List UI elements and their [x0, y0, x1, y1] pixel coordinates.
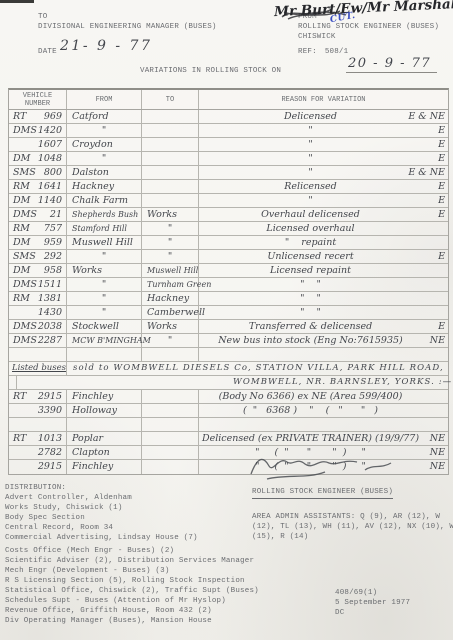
vehicle-cell: 1607 — [9, 138, 67, 151]
header-to: TO — [142, 90, 199, 109]
to-cell — [142, 138, 199, 151]
footer-ref-block: 408/69(1) 5 September 1977 DC — [335, 588, 410, 618]
reason-text: Licensed overhaul — [199, 222, 448, 235]
to-cell — [142, 110, 199, 123]
reason-cell: New bus into stock (Eng No:7615935)NE — [199, 334, 448, 347]
status-code: E — [438, 138, 445, 151]
title-date: 20 - 9 - 77 — [346, 56, 437, 73]
table-row: WOMBWELL, NR. BARNSLEY, YORKS. :— — [9, 376, 448, 390]
distribution-line: Revenue Office, Griffith House, Room 432… — [5, 606, 259, 616]
vehicle-class: DMS — [13, 208, 37, 221]
from-cell: MCW B'MINGHAM — [67, 334, 142, 347]
vehicle-number: 1013 — [38, 432, 62, 445]
from-cell: Stamford Hill — [67, 222, 142, 235]
table-row: SMS292""Unlicensed recertE — [9, 250, 448, 264]
table-row: DM958WorksMuswell HillLicensed repaint — [9, 264, 448, 278]
to-cell — [142, 194, 199, 207]
reason-text: " repaint — [199, 236, 448, 249]
vehicle-number: 1511 — [38, 278, 62, 291]
status-code: E & NE — [408, 110, 445, 123]
status-code: E — [438, 124, 445, 137]
from-cell: " — [67, 124, 142, 137]
header-vehicle-number: VEHICLE NUMBER — [9, 90, 67, 109]
reason-text: Licensed repaint — [199, 264, 448, 277]
vehicle-number: 959 — [44, 236, 62, 249]
vehicle-cell: RM1381 — [9, 292, 67, 305]
vehicle-number: 1140 — [38, 194, 62, 207]
reason-text: Delicensed (ex PRIVATE TRAINER) (19/9/77… — [199, 432, 448, 445]
table-row — [9, 418, 448, 432]
reason-cell: " " — [199, 278, 448, 291]
page-title: VARIATIONS IN ROLLING STOCK ON — [140, 66, 281, 76]
table-row: RM1641HackneyRelicensedE — [9, 180, 448, 194]
from-cell: " — [67, 278, 142, 291]
vehicle-class: RT — [13, 390, 26, 403]
status-code: E — [438, 320, 445, 333]
vehicle-cell: DM959 — [9, 236, 67, 249]
to-cell — [142, 390, 199, 403]
reason-text: ( " 6368 ) " ( " " ) — [199, 404, 448, 417]
vehicle-number: 757 — [44, 222, 62, 235]
to-cell — [142, 124, 199, 137]
table-row: DM1140Chalk Farm"E — [9, 194, 448, 208]
vehicle-number: 2915 — [38, 390, 62, 403]
ref-block: REF:508/1 — [298, 47, 348, 57]
from-cell: Works — [67, 264, 142, 277]
from-cell: " — [67, 306, 142, 319]
vehicle-cell: DMS21 — [9, 208, 67, 221]
from-cell: Hackney — [67, 180, 142, 193]
from-cell: Clapton — [67, 446, 142, 459]
table-row: RM1381"Hackney" " — [9, 292, 448, 306]
ref-label: REF: — [298, 48, 317, 56]
table-row: 1430"Camberwell" " — [9, 306, 448, 320]
reason-text: Overhaul delicensed — [199, 208, 448, 221]
vehicle-number: 2915 — [38, 460, 62, 474]
vehicle-class: DM — [13, 264, 30, 277]
vehicle-number: 2782 — [38, 446, 62, 459]
to-cell — [142, 418, 199, 431]
reason-cell: ( " 6368 ) " ( " " ) — [199, 404, 448, 417]
vehicle-number: 800 — [44, 166, 62, 179]
distribution-line: Statistical Office, Chiswick (2), Traffi… — [5, 586, 259, 596]
footer-ref-number: 408/69(1) — [335, 588, 410, 598]
reason-cell: "E — [199, 152, 448, 165]
to-cell: Muswell Hill — [142, 264, 199, 277]
reason-cell: "E & NE — [199, 166, 448, 179]
vehicle-cell: DMS1420 — [9, 124, 67, 137]
to-cell: " — [142, 250, 199, 263]
scan-artifact — [0, 0, 34, 3]
vehicle-number: 1607 — [38, 138, 62, 151]
signature-scribble-icon — [245, 450, 405, 484]
to-cell — [142, 460, 199, 474]
table-row: DMS2287MCW B'MINGHAM"New bus into stock … — [9, 334, 448, 348]
reason-text: Relicensed — [199, 180, 448, 193]
reason-cell: Overhaul delicensedE — [199, 208, 448, 221]
distribution-line: Schedules Supt - Buses (Attention of Mr … — [5, 596, 259, 606]
vehicle-cell: RT2915 — [9, 390, 67, 403]
from-cell: Finchley — [67, 460, 142, 474]
from-cell: Dalston — [67, 166, 142, 179]
vehicle-cell: RM757 — [9, 222, 67, 235]
vehicle-number: 2038 — [38, 320, 62, 333]
reason-text: " — [199, 138, 448, 151]
status-code: NE — [430, 334, 445, 347]
reason-cell: (Body No 6366) ex NE (Area 599/400) — [199, 390, 448, 403]
vehicle-cell: 2782 — [9, 446, 67, 459]
reason-cell: " repaint — [199, 236, 448, 249]
distribution-line: Div Operating Manager (Buses), Mansion H… — [5, 616, 259, 626]
variation-table: VEHICLE NUMBER FROM TO REASON FOR VARIAT… — [8, 88, 449, 475]
to-cell — [142, 166, 199, 179]
vehicle-class: DM — [13, 152, 30, 165]
reason-text: Transferred & delicensed — [199, 320, 448, 333]
reason-cell: " " — [199, 292, 448, 305]
reason-text: Unlicensed recert — [199, 250, 448, 263]
vehicle-cell: DMS2038 — [9, 320, 67, 333]
to-cell: Turnham Green — [142, 278, 199, 291]
status-code: E — [438, 152, 445, 165]
to-cell: " — [142, 236, 199, 249]
vehicle-cell: DM1140 — [9, 194, 67, 207]
vehicle-number: 3390 — [38, 404, 62, 417]
reason-cell: "E — [199, 124, 448, 137]
distribution-line: Body Spec Section — [5, 513, 198, 523]
table-row: RT2915Finchley(Body No 6366) ex NE (Area… — [9, 390, 448, 404]
vehicle-class: DMS — [13, 124, 37, 137]
from-cell: Poplar — [67, 432, 142, 445]
vehicle-class: DMS — [13, 278, 37, 291]
vehicle-class: RT — [13, 432, 26, 445]
to-block: TO DIVISIONAL ENGINEERING MANAGER (BUSES… — [38, 12, 217, 32]
vehicle-number: 1420 — [38, 124, 62, 137]
vehicle-number: 1381 — [38, 292, 62, 305]
to-cell: Camberwell — [142, 306, 199, 319]
reason-cell: RelicensedE — [199, 180, 448, 193]
vehicle-cell: 3390 — [9, 404, 67, 417]
area-admin-assistants: AREA ADMIN ASSISTANTS: Q (9), AR (12), W… — [252, 512, 453, 542]
vehicle-cell: SMS292 — [9, 250, 67, 263]
ref-value: 508/1 — [325, 48, 349, 56]
from-cell: Shepherds Bush — [67, 208, 142, 221]
reason-cell: Licensed repaint — [199, 264, 448, 277]
from-cell: " — [67, 250, 142, 263]
note-vehicle-cell: Listed buses — [9, 362, 67, 375]
to-cell — [142, 180, 199, 193]
vehicle-class: DMS — [13, 320, 37, 333]
variation-table-body: RT969CatfordDelicensedE & NEDMS1420""E16… — [9, 110, 448, 474]
reason-cell — [199, 348, 448, 361]
table-row: DMS1511"Turnham Green" " — [9, 278, 448, 292]
to-cell — [142, 404, 199, 417]
footer-typed-date: 5 September 1977 — [335, 598, 410, 608]
reason-text: " " — [199, 278, 448, 291]
date-value: 21- 9 - 77 — [60, 38, 152, 54]
header-from: FROM — [67, 90, 142, 109]
distribution-line: Commercial Advertising, Lindsay House (7… — [5, 533, 198, 543]
status-code: NE — [430, 446, 445, 459]
reason-text: " " — [199, 306, 448, 319]
vehicle-class: RM — [13, 180, 30, 193]
status-code: NE — [430, 432, 445, 445]
table-row: DMS21Shepherds BushWorksOverhaul delicen… — [9, 208, 448, 222]
table-row: DM1048""E — [9, 152, 448, 166]
reason-cell: "E — [199, 194, 448, 207]
to-value: DIVISIONAL ENGINEERING MANAGER (BUSES) — [38, 22, 217, 32]
status-code: E & NE — [408, 166, 445, 179]
reason-cell: Delicensed (ex PRIVATE TRAINER) (19/9/77… — [199, 432, 448, 445]
vehicle-class: DM — [13, 194, 30, 207]
vehicle-number: 21 — [50, 208, 62, 221]
distribution-list-2: Costs Office (Mech Engr - Buses) (2)Scie… — [5, 546, 259, 626]
reason-cell: "E — [199, 138, 448, 151]
vehicle-class: RM — [13, 292, 30, 305]
from-cell: Holloway — [67, 404, 142, 417]
to-cell: Hackney — [142, 292, 199, 305]
to-label: TO — [38, 12, 217, 22]
distribution-line: Advert Controller, Aldenham — [5, 493, 198, 503]
vehicle-class: RT — [13, 110, 26, 123]
vehicle-class: DMS — [13, 334, 37, 347]
document-page: TO DIVISIONAL ENGINEERING MANAGER (BUSES… — [0, 0, 453, 640]
reason-text: New bus into stock (Eng No:7615935) — [199, 334, 448, 347]
table-row: RM757Stamford Hill"Licensed overhaul — [9, 222, 448, 236]
vehicle-class: RM — [13, 222, 30, 235]
vehicle-number: 292 — [44, 250, 62, 263]
to-cell — [142, 152, 199, 165]
table-row: RT969CatfordDelicensedE & NE — [9, 110, 448, 124]
vehicle-cell — [9, 348, 67, 361]
from-cell: Muswell Hill — [67, 236, 142, 249]
status-code: E — [438, 250, 445, 263]
from-cell: Stockwell — [67, 320, 142, 333]
status-code: E — [438, 208, 445, 221]
reason-cell: Transferred & delicensedE — [199, 320, 448, 333]
vehicle-cell: DM1048 — [9, 152, 67, 165]
from-cell: " — [67, 152, 142, 165]
table-row — [9, 348, 448, 362]
distribution-line: Costs Office (Mech Engr - Buses) (2) — [5, 546, 259, 556]
engineer-signature-title: ROLLING STOCK ENGINEER (BUSES) — [252, 487, 393, 499]
table-row: 3390Holloway( " 6368 ) " ( " " ) — [9, 404, 448, 418]
table-row: RT1013PoplarDelicensed (ex PRIVATE TRAIN… — [9, 432, 448, 446]
vehicle-number: 969 — [44, 110, 62, 123]
distribution-line: Central Record, Room 34 — [5, 523, 198, 533]
to-cell — [142, 446, 199, 459]
distribution-line: R S Licensing Section (5), Rolling Stock… — [5, 576, 259, 586]
to-cell: Works — [142, 320, 199, 333]
vehicle-cell: SMS800 — [9, 166, 67, 179]
reason-text: " " — [199, 292, 448, 305]
reason-cell: DelicensedE & NE — [199, 110, 448, 123]
distribution-title: DISTRIBUTION: — [5, 483, 66, 493]
vehicle-cell: DM958 — [9, 264, 67, 277]
to-cell: Works — [142, 208, 199, 221]
vehicle-number: 1641 — [38, 180, 62, 193]
reason-text: " — [199, 124, 448, 137]
vehicle-cell: DMS2287 — [9, 334, 67, 347]
table-row: DM959Muswell Hill"" repaint — [9, 236, 448, 250]
from-value: ROLLING STOCK ENGINEER (BUSES) — [298, 22, 439, 32]
distribution-line: Mech Engr (Development - Buses) (3) — [5, 566, 259, 576]
vehicle-cell: 2915 — [9, 460, 67, 474]
to-cell: " — [142, 222, 199, 235]
status-code: E — [438, 180, 445, 193]
vehicle-cell: RT969 — [9, 110, 67, 123]
vehicle-cell: DMS1511 — [9, 278, 67, 291]
table-row: DMS2038StockwellWorksTransferred & delic… — [9, 320, 448, 334]
date-label: DATE — [38, 47, 57, 57]
reason-text: " — [199, 194, 448, 207]
vehicle-class: DM — [13, 236, 30, 249]
reason-text: (Body No 6366) ex NE (Area 599/400) — [199, 390, 448, 403]
reason-cell — [199, 418, 448, 431]
from-cell: Chalk Farm — [67, 194, 142, 207]
distribution-list-1: Advert Controller, AldenhamWorks Study, … — [5, 493, 198, 543]
vehicle-number: 958 — [44, 264, 62, 277]
note-text-cell: sold to WOMBWELL DIESELS Co, STATION VIL… — [67, 362, 448, 375]
table-row: SMS800Dalston"E & NE — [9, 166, 448, 180]
vehicle-cell: RT1013 — [9, 432, 67, 445]
vehicle-class: SMS — [13, 166, 36, 179]
from-cell: Croydon — [67, 138, 142, 151]
reason-cell: Licensed overhaul — [199, 222, 448, 235]
reason-cell: Unlicensed recertE — [199, 250, 448, 263]
note-vehicle-cell — [9, 376, 17, 389]
status-code: E — [438, 194, 445, 207]
vehicle-number: 1048 — [38, 152, 62, 165]
from-cell — [67, 418, 142, 431]
footer-typist-initials: DC — [335, 608, 410, 618]
table-row: 1607Croydon"E — [9, 138, 448, 152]
table-row: Listed busessold to WOMBWELL DIESELS Co,… — [9, 362, 448, 376]
distribution-line: Works Study, Chiswick (1) — [5, 503, 198, 513]
distribution-line: Scientific Adviser (2), Distribution Ser… — [5, 556, 259, 566]
reason-cell: " " — [199, 306, 448, 319]
to-cell — [142, 432, 199, 445]
note-text-cell: WOMBWELL, NR. BARNSLEY, YORKS. :— — [17, 376, 452, 389]
to-cell — [142, 348, 199, 361]
vehicle-number: 2287 — [38, 334, 62, 347]
reason-text: " — [199, 152, 448, 165]
vehicle-cell — [9, 418, 67, 431]
from-cell: Catford — [67, 110, 142, 123]
table-row: DMS1420""E — [9, 124, 448, 138]
from-cell: Finchley — [67, 390, 142, 403]
from-location: CHISWICK — [298, 32, 439, 42]
from-cell: " — [67, 292, 142, 305]
vehicle-cell: 1430 — [9, 306, 67, 319]
vehicle-cell: RM1641 — [9, 180, 67, 193]
to-cell: " — [142, 334, 199, 347]
vehicle-class: SMS — [13, 250, 36, 263]
header-reason: REASON FOR VARIATION — [199, 90, 448, 109]
status-code: NE — [430, 460, 445, 473]
table-header-row: VEHICLE NUMBER FROM TO REASON FOR VARIAT… — [9, 90, 448, 110]
from-cell — [67, 348, 142, 361]
vehicle-number: 1430 — [38, 306, 62, 319]
